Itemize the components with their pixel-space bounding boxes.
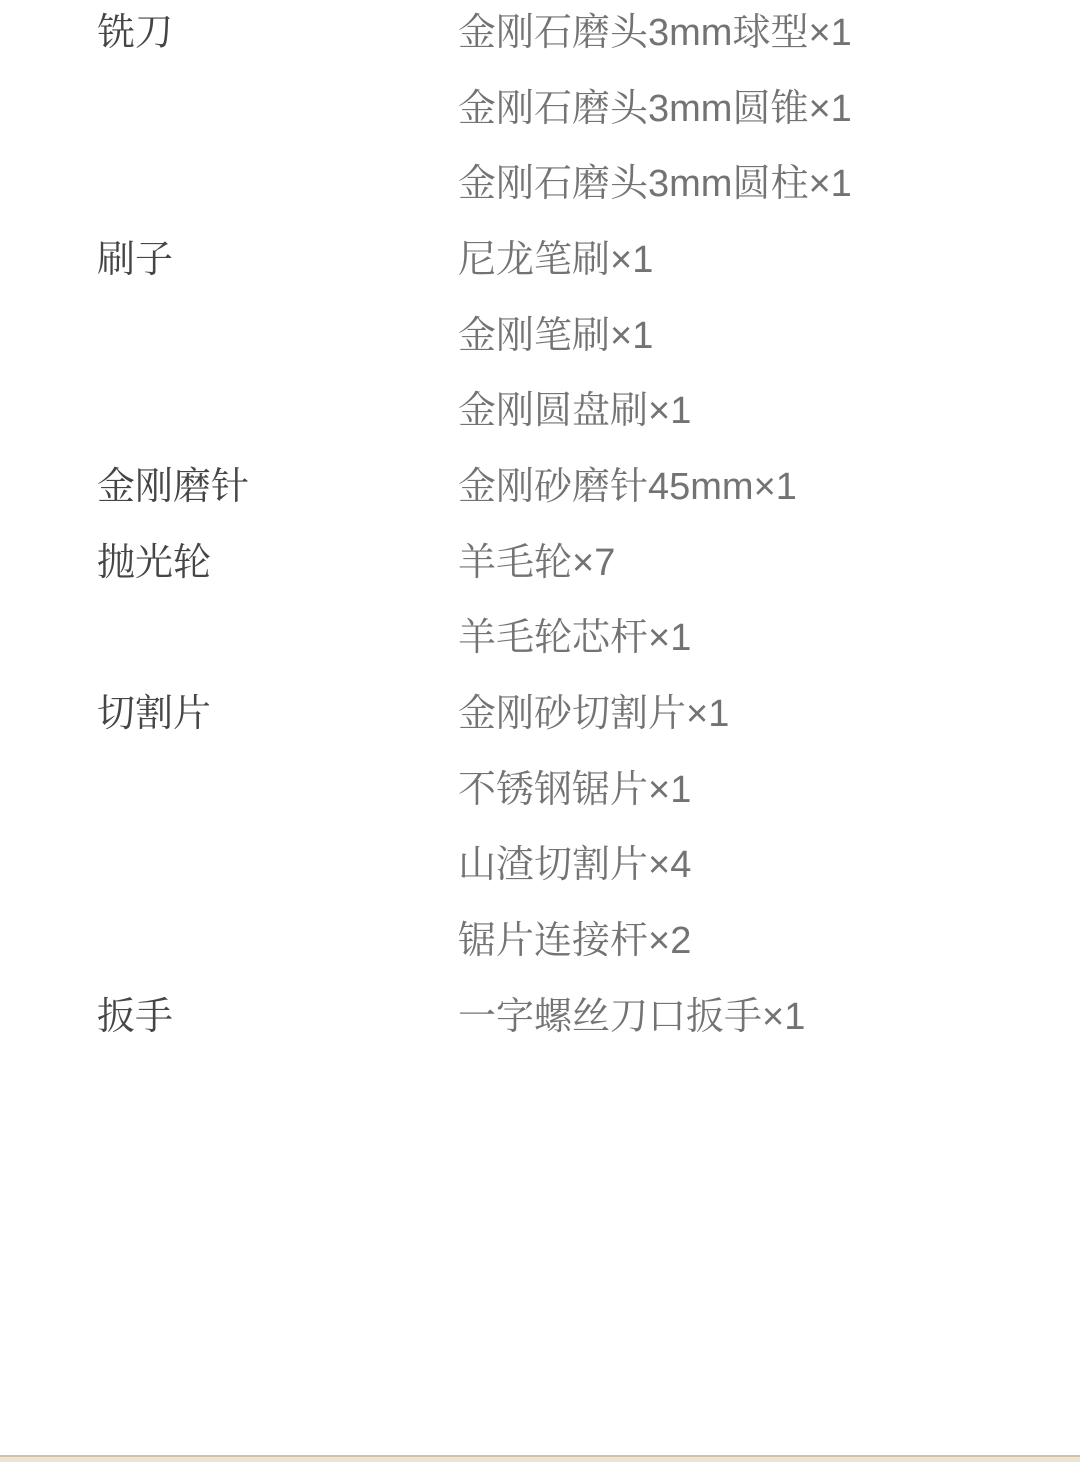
spec-category-label: 刷子	[97, 241, 173, 279]
spec-row: 刷子 尼龙笔刷×1	[0, 222, 1080, 298]
spec-item-value: 锯片连接杆×2	[458, 922, 691, 960]
next-section-divider	[0, 1455, 1080, 1462]
spec-item-value: 一字螺丝刀口扳手×1	[458, 998, 805, 1036]
spec-row: 锯片连接杆×2	[0, 903, 1080, 979]
spec-row: 抛光轮 羊毛轮×7	[0, 525, 1080, 601]
spec-item-value: 金刚石磨头3mm圆柱×1	[458, 165, 852, 203]
spec-table: 铣刀 金刚石磨头3mm球型×1 金刚石磨头3mm圆锥×1 金刚石磨头3mm圆柱×…	[0, 0, 1080, 1055]
spec-category-label: 金刚磨针	[97, 468, 249, 506]
spec-row: 羊毛轮芯杆×1	[0, 601, 1080, 677]
spec-row: 金刚石磨头3mm圆锥×1	[0, 71, 1080, 147]
spec-row: 切割片 金刚砂切割片×1	[0, 676, 1080, 752]
spec-item-value: 尼龙笔刷×1	[458, 241, 653, 279]
spec-row: 铣刀 金刚石磨头3mm球型×1	[0, 0, 1080, 71]
spec-item-value: 金刚石磨头3mm球型×1	[458, 14, 852, 52]
spec-category-label: 切割片	[97, 695, 211, 733]
spec-category-label: 扳手	[97, 998, 173, 1036]
spec-row: 金刚圆盘刷×1	[0, 373, 1080, 449]
spec-category-label: 抛光轮	[97, 544, 211, 582]
spec-item-value: 金刚石磨头3mm圆锥×1	[458, 90, 852, 128]
spec-item-value: 金刚圆盘刷×1	[458, 392, 691, 430]
spec-item-value: 金刚砂磨针45mm×1	[458, 468, 797, 506]
spec-row: 金刚磨针 金刚砂磨针45mm×1	[0, 449, 1080, 525]
spec-item-value: 山渣切割片×4	[458, 846, 691, 884]
spec-row: 金刚石磨头3mm圆柱×1	[0, 146, 1080, 222]
spec-item-value: 羊毛轮×7	[458, 544, 615, 582]
spec-item-value: 金刚笔刷×1	[458, 317, 653, 355]
spec-row: 山渣切割片×4	[0, 828, 1080, 904]
spec-item-value: 金刚砂切割片×1	[458, 695, 729, 733]
spec-category-label: 铣刀	[97, 14, 173, 52]
spec-row: 扳手 一字螺丝刀口扳手×1	[0, 979, 1080, 1055]
spec-row: 不锈钢锯片×1	[0, 752, 1080, 828]
spec-item-value: 羊毛轮芯杆×1	[458, 619, 691, 657]
spec-item-value: 不锈钢锯片×1	[458, 771, 691, 809]
spec-row: 金刚笔刷×1	[0, 298, 1080, 374]
